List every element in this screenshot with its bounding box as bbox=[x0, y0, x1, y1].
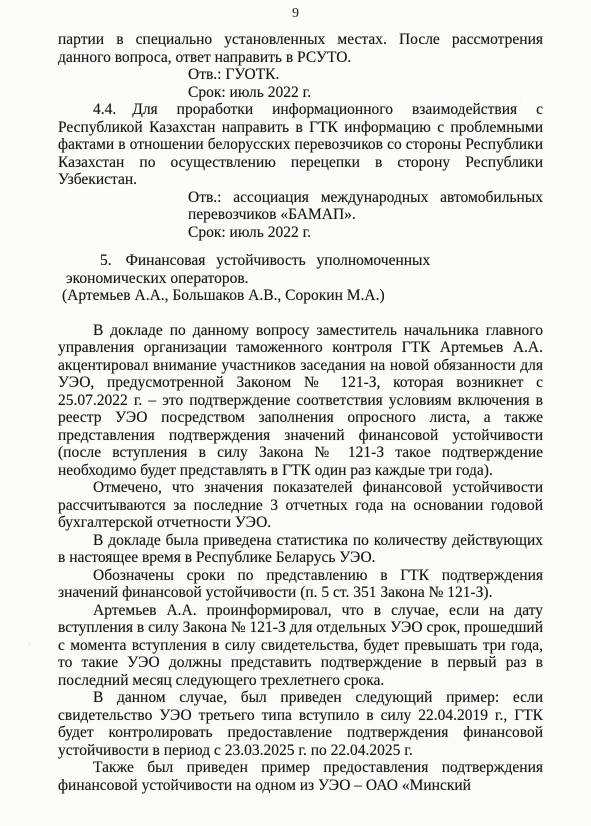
section-5-title-line-2: экономических операторов. bbox=[58, 270, 543, 288]
item-4-4-text: Для проработки информационного взаимодей… bbox=[58, 101, 543, 188]
section-5-number: 5. bbox=[100, 252, 112, 270]
section-5-title-text: Финансовая устойчивость уполномоченных bbox=[126, 252, 431, 269]
item-4-4: 4.4.Для проработки информационного взаим… bbox=[58, 101, 543, 189]
responsibility-block-2: Отв.: ассоциация международных автомобил… bbox=[188, 189, 543, 242]
body-paragraph: В данном случае, был приведен следующий … bbox=[58, 689, 543, 759]
body-paragraph: Также был приведен пример предоставления… bbox=[58, 759, 543, 794]
body-paragraph: В докладе была приведена статистика по к… bbox=[58, 532, 543, 567]
document-content: партии в специально установленных местах… bbox=[58, 31, 543, 794]
speakers-line: (Артемьев А.А., Большаков А.В., Сорокин … bbox=[58, 287, 543, 305]
section-5-title-line-1: 5.Финансовая устойчивость уполномоченных bbox=[58, 252, 543, 270]
deadline-line: Срок: июль 2022 г. bbox=[188, 224, 543, 242]
section-5-heading: 5.Финансовая устойчивость уполномоченных… bbox=[58, 252, 543, 287]
scanned-document-page: 9 партии в специально установленных мест… bbox=[0, 0, 591, 826]
paragraph-continuation: партии в специально установленных местах… bbox=[58, 31, 543, 66]
body-paragraph: Артемьев А.А. проинформировал, что в слу… bbox=[58, 602, 543, 690]
responsible-line: Отв.: ассоциация международных автомобил… bbox=[188, 189, 543, 224]
body-paragraph: Обозначены сроки по представлению в ГТК … bbox=[58, 567, 543, 602]
page-number: 9 bbox=[0, 6, 591, 22]
deadline-line: Срок: июль 2022 г. bbox=[188, 84, 543, 102]
responsible-line: Отв.: ГУОТК. bbox=[188, 66, 543, 84]
responsibility-block-1: Отв.: ГУОТК. Срок: июль 2022 г. bbox=[188, 66, 543, 101]
body-paragraph: Отмечено, что значения показателей финан… bbox=[58, 479, 543, 532]
item-4-4-number: 4.4. bbox=[93, 101, 116, 119]
body-paragraph: В докладе по данному вопросу заместитель… bbox=[58, 322, 543, 480]
